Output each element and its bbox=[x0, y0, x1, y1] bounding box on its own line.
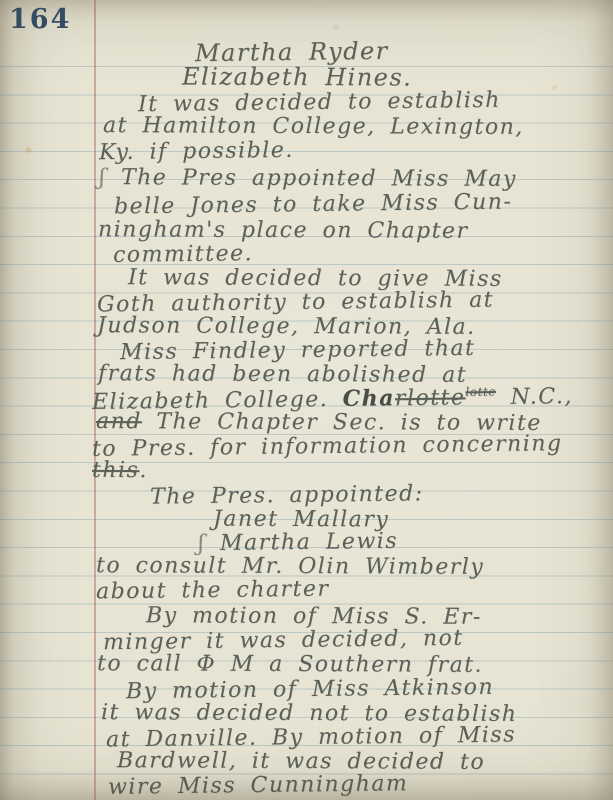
handwritten-line: at Hamilton College, Lexington, bbox=[103, 113, 524, 140]
handwritten-segment: and bbox=[96, 409, 142, 434]
handwritten-segment: frats had been abolished at bbox=[98, 361, 467, 388]
handwritten-line: to call Φ M a Southern frat. bbox=[97, 651, 483, 678]
handwritten-segment: Ky. if possible. bbox=[99, 138, 294, 165]
handwritten-segment: wire Miss Cunningham bbox=[108, 771, 409, 800]
handwritten-segment: rlotte bbox=[395, 385, 466, 411]
handwritten-line: this. bbox=[92, 458, 148, 483]
handwritten-line: ʃ Martha Lewis bbox=[198, 529, 398, 556]
handwritten-segment: to Pres. for information concerning bbox=[92, 431, 563, 462]
handwritten-segment: ʃ bbox=[198, 531, 220, 556]
handwritten-segment: N.C., bbox=[496, 384, 573, 410]
handwritten-segment: to consult Mr. Olin Wimberly bbox=[96, 553, 484, 580]
handwriting-layer: Martha RyderElizabeth Hines.It was decid… bbox=[0, 0, 613, 800]
handwritten-line: The Pres. appointed: bbox=[150, 481, 424, 509]
handwritten-segment: belle Jones to take Miss Cun- bbox=[114, 190, 513, 220]
handwritten-segment: at Hamilton College, Lexington, bbox=[103, 113, 524, 140]
handwritten-line: committee. bbox=[113, 241, 253, 268]
handwritten-segment: Cha bbox=[343, 385, 396, 412]
handwritten-segment: ʃ bbox=[99, 165, 121, 190]
handwritten-segment: Elizabeth Hines. bbox=[182, 62, 412, 91]
handwritten-line: ʃ The Pres appointed Miss May bbox=[99, 165, 517, 192]
handwritten-segment: The Pres. appointed: bbox=[150, 481, 424, 509]
handwritten-line: about the charter bbox=[96, 577, 330, 605]
ledger-page: 164 Martha RyderElizabeth Hines.It was d… bbox=[0, 0, 613, 800]
handwritten-line: Ky. if possible. bbox=[99, 138, 294, 165]
handwritten-segment: Martha Lewis bbox=[220, 529, 398, 556]
handwritten-segment: ningham's place on Chapter bbox=[98, 217, 469, 244]
handwritten-segment: . bbox=[139, 458, 148, 483]
handwritten-line: belle Jones to take Miss Cun- bbox=[114, 190, 513, 220]
handwritten-line: to consult Mr. Olin Wimberly bbox=[96, 553, 484, 580]
handwritten-segment: this bbox=[92, 458, 139, 483]
handwritten-segment: The Pres appointed Miss May bbox=[121, 165, 517, 192]
handwritten-line: wire Miss Cunningham bbox=[108, 771, 409, 800]
handwritten-segment: about the charter bbox=[96, 577, 330, 605]
handwritten-segment: committee. bbox=[113, 241, 253, 268]
handwritten-segment: Bardwell, it was decided to bbox=[117, 748, 485, 775]
handwritten-line: ningham's place on Chapter bbox=[98, 217, 469, 244]
handwritten-segment: to call Φ M a Southern frat. bbox=[97, 651, 483, 678]
handwritten-line: frats had been abolished at bbox=[98, 361, 467, 388]
handwritten-line: Elizabeth Hines. bbox=[182, 62, 412, 91]
handwritten-segment: lotte bbox=[465, 385, 496, 399]
handwritten-line: to Pres. for information concerning bbox=[92, 431, 563, 462]
handwritten-line: Bardwell, it was decided to bbox=[117, 748, 485, 775]
